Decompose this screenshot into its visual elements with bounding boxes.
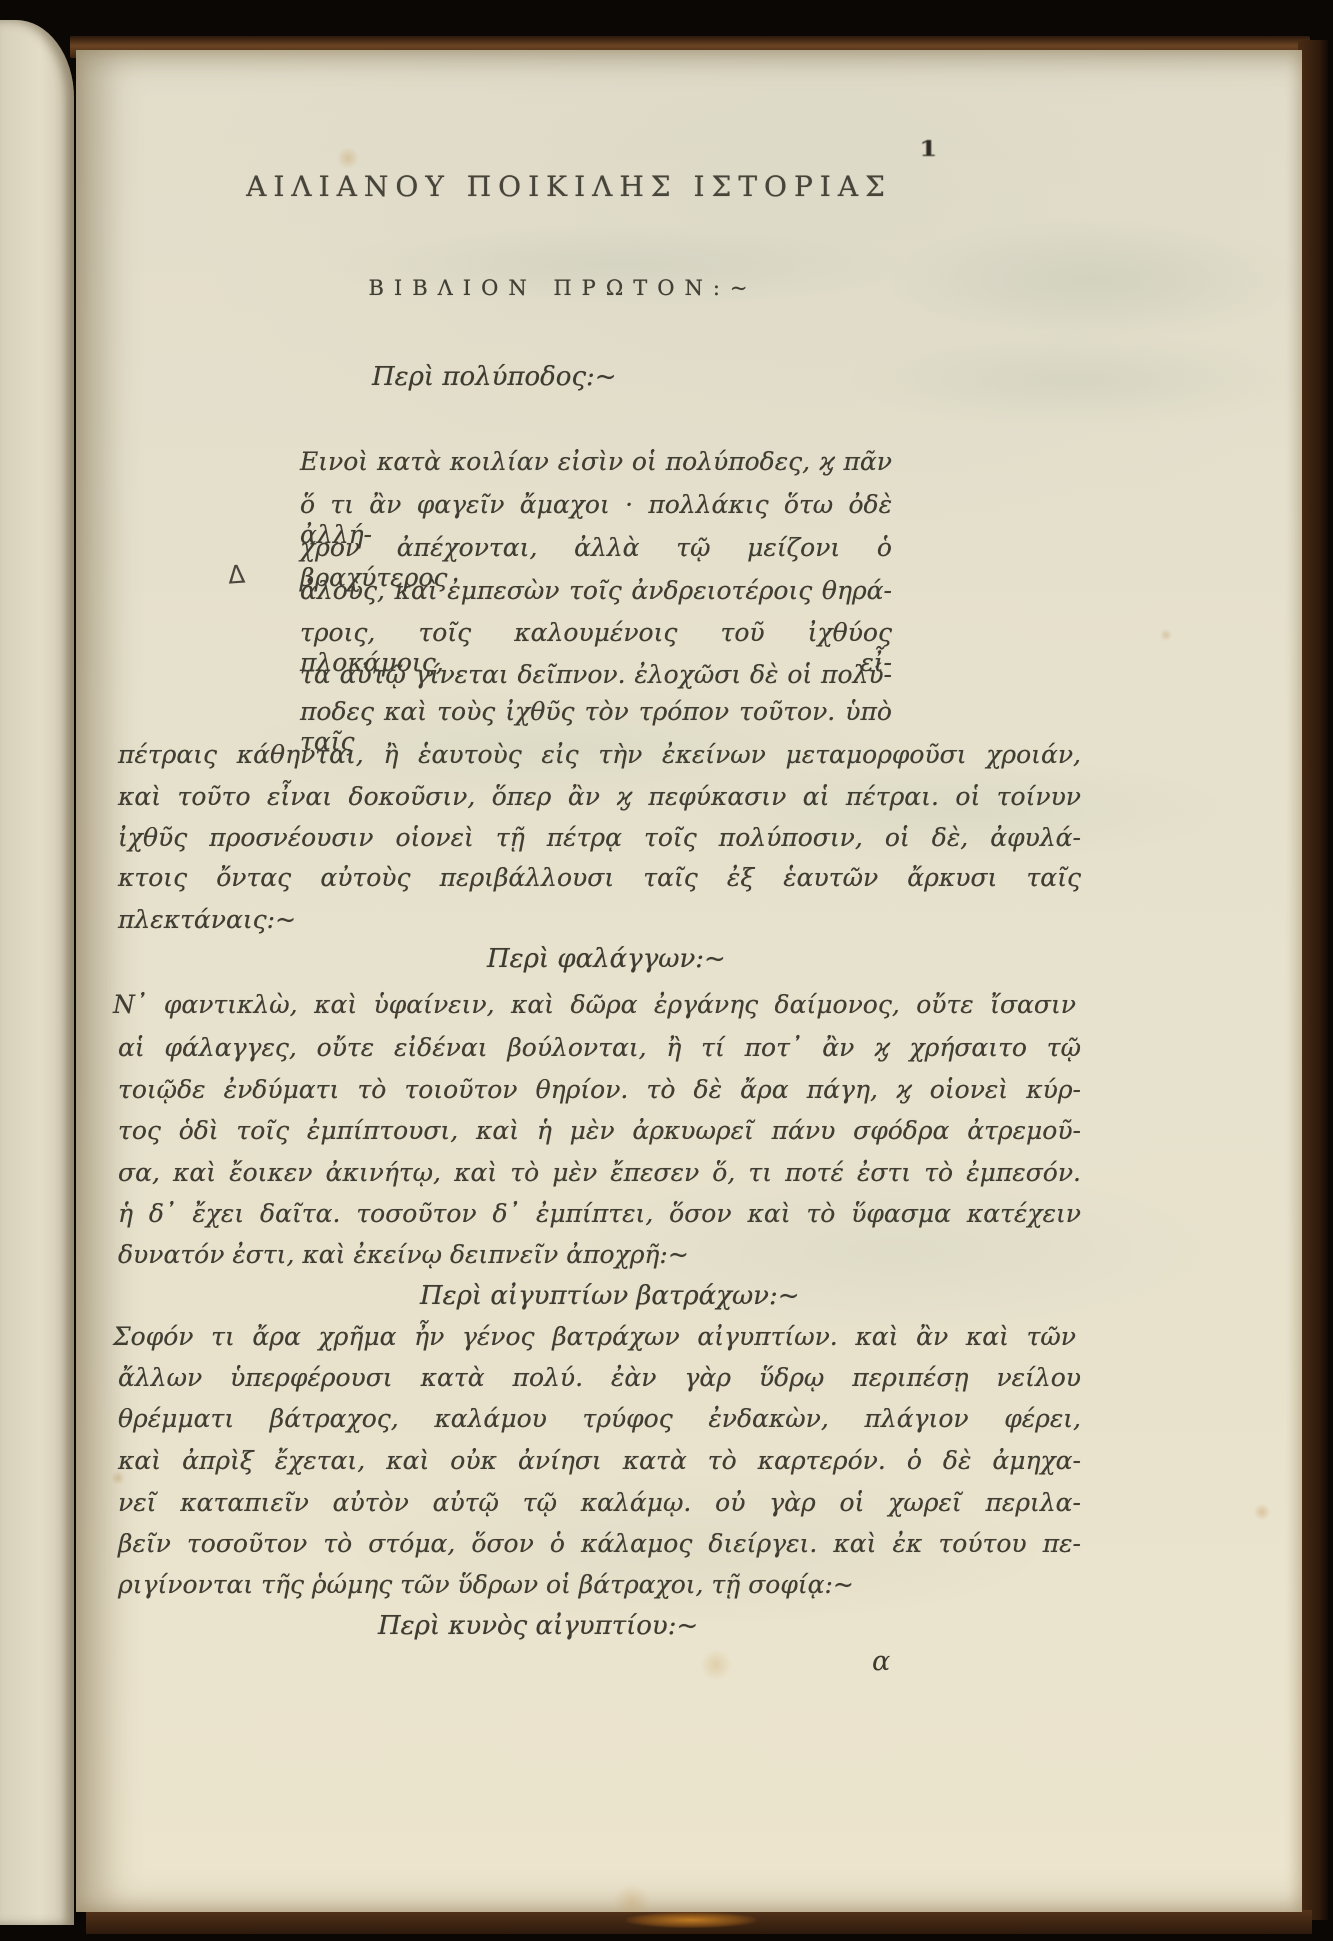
text-line: ἰχθῦς προσνέουσιν οἱονεὶ τῇ πέτρᾳ τοῖς π… — [118, 823, 1081, 853]
book-cover-edge-right — [1298, 40, 1328, 1920]
signature-mark: α — [872, 1646, 890, 1677]
text-line: θρέμματι βάτραχος, καλάμου τρύφος ἐνδακὼ… — [118, 1404, 1081, 1434]
text-line: δυνατόν ἐστι, καὶ ἐκείνῳ δειπνεῖν ἀποχρῆ… — [118, 1240, 1081, 1270]
text-line: πλεκτάναις:~ — [118, 905, 1081, 935]
book-number-heading: ΒΙΒΛΙΟΝ ΠΡΩΤΟΝ:~ — [334, 276, 792, 300]
work-title: ΑΙΛΙΑΝΟΥ ΠΟΙΚΙΛΗΣ ΙΣΤΟΡΙΑΣ — [180, 170, 958, 203]
text-line: καὶ ἀπρὶξ ἔχεται, καὶ οὐκ ἀνίησι κατὰ τὸ… — [118, 1446, 1081, 1476]
chapter-heading-4: Περὶ κυνὸς αἰγυπτίου:~ — [378, 1611, 698, 1641]
book-cover-edge-bottom — [86, 1910, 1312, 1934]
text-line: βεῖν τοσοῦτον τὸ στόμα, ὅσον ὁ κάλαμος δ… — [118, 1529, 1081, 1559]
text-line: τος ὁδὶ τοῖς ἐμπίπτουσι, καὶ ἡ μὲν ἀρκυω… — [118, 1116, 1081, 1146]
text-line: καὶ τοῦτο εἶναι δοκοῦσιν, ὅπερ ἂν ϗ πεφύ… — [118, 782, 1081, 812]
chapter-heading-2: Περὶ φαλάγγων:~ — [487, 944, 726, 974]
chapter-heading-1: Περὶ πολύποδος:~ — [372, 362, 617, 392]
book-page-photo: 1 ΑΙΛΙΑΝΟΥ ΠΟΙΚΙΛΗΣ ΙΣΤΟΡΙΑΣ ΒΙΒΛΙΟΝ ΠΡΩ… — [0, 0, 1333, 1941]
text-line: τα αὐτῷ γίνεται δεῖπνον. ἐλοχῶσι δὲ οἱ π… — [300, 660, 892, 690]
text-line: Σοφόν τι ἄρα χρῆμα ἦν γένος βατράχων αἰγ… — [113, 1322, 1076, 1352]
text-line: πέτραις κάθηνται, ἢ ἑαυτοὺς εἰς τὴν ἐκεί… — [118, 740, 1081, 770]
text-line: ἡ δ᾽ ἔχει δαῖτα. τοσοῦτον δ᾽ ἐμπίπτει, ὅ… — [118, 1199, 1081, 1229]
text-line: αἱ φάλαγγες, οὔτε εἰδέναι βούλονται, ἢ τ… — [118, 1033, 1081, 1063]
text-line: νεῖ καταπιεῖν αὐτὸν αὐτῷ τῷ καλάμῳ. οὐ γ… — [118, 1488, 1081, 1518]
text-line: Ν᾽ φαντικλὼ, καὶ ὑφαίνειν, καὶ δῶρα ἐργά… — [113, 990, 1076, 1020]
chapter-heading-3: Περὶ αἰγυπτίων βατράχων:~ — [420, 1281, 800, 1311]
text-line: κτοις ὄντας αὐτοὺς περιβάλλουσι ταῖς ἐξ … — [118, 863, 1081, 893]
text-line: ριγίνονται τῆς ῥώμης τῶν ὕδρων οἱ βάτραχ… — [118, 1570, 1081, 1600]
marginal-triangle-mark: Δ — [227, 559, 246, 589]
page-number: 1 — [919, 136, 937, 161]
flyleaf-page-edge — [0, 20, 74, 1925]
text-line: Εινοὶ κατὰ κοιλίαν εἰσὶν οἱ πολύποδες, ϗ… — [300, 447, 892, 477]
text-line: τοιῷδε ἐνδύματι τὸ τοιοῦτον θηρίον. τὸ δ… — [118, 1075, 1081, 1105]
text-line: ἁλοὺς, καὶ ἐμπεσὼν τοῖς ἀνδρειοτέροις θη… — [300, 576, 892, 606]
text-line: ἄλλων ὑπερφέρουσι κατὰ πολύ. ἐὰν γὰρ ὕδρ… — [118, 1363, 1081, 1393]
text-line: σα, καὶ ἔοικεν ἀκινήτῳ, καὶ τὸ μὲν ἔπεσε… — [118, 1158, 1081, 1188]
